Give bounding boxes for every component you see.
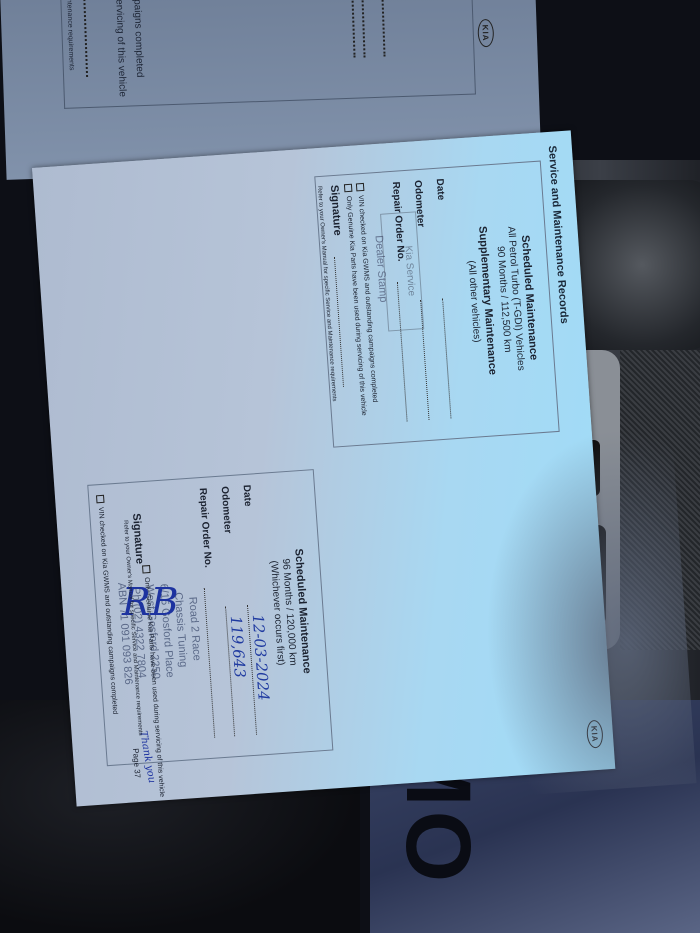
odometer-value: 119,643 xyxy=(227,615,249,678)
prev-fragment: Maintenance requirements xyxy=(65,0,75,71)
service-record-page: Service and Maintenance Records KIA Sche… xyxy=(32,130,615,806)
date-field[interactable] xyxy=(442,299,451,419)
prev-dotted-line xyxy=(83,0,88,77)
prev-dotted-line xyxy=(381,0,386,57)
repair-order-field[interactable] xyxy=(204,588,215,738)
checkbox[interactable] xyxy=(356,183,365,192)
date-label: Date xyxy=(241,484,253,506)
date-label: Date xyxy=(434,178,446,200)
checkbox[interactable] xyxy=(96,495,105,504)
prev-fragment: ampaigns completed xyxy=(131,0,145,78)
kia-logo: KIA xyxy=(586,720,604,749)
repair-order-label: Repair Order No. xyxy=(197,488,214,569)
prev-dotted-line xyxy=(361,0,366,57)
previous-record-box: nce km rst) ampaigns completed g servici… xyxy=(60,0,476,109)
odometer-label: Odometer xyxy=(219,486,233,534)
console-mesh-trim xyxy=(620,350,700,650)
prev-dotted-line xyxy=(351,0,356,58)
checkbox[interactable] xyxy=(142,565,151,574)
prev-fragment: g servicing of this vehicle xyxy=(113,0,128,97)
checkbox[interactable] xyxy=(344,184,353,193)
kia-logo: KIA xyxy=(477,19,494,48)
stamp-line: Kia Service xyxy=(398,216,420,327)
page-content: Service and Maintenance Records KIA Sche… xyxy=(32,130,615,806)
